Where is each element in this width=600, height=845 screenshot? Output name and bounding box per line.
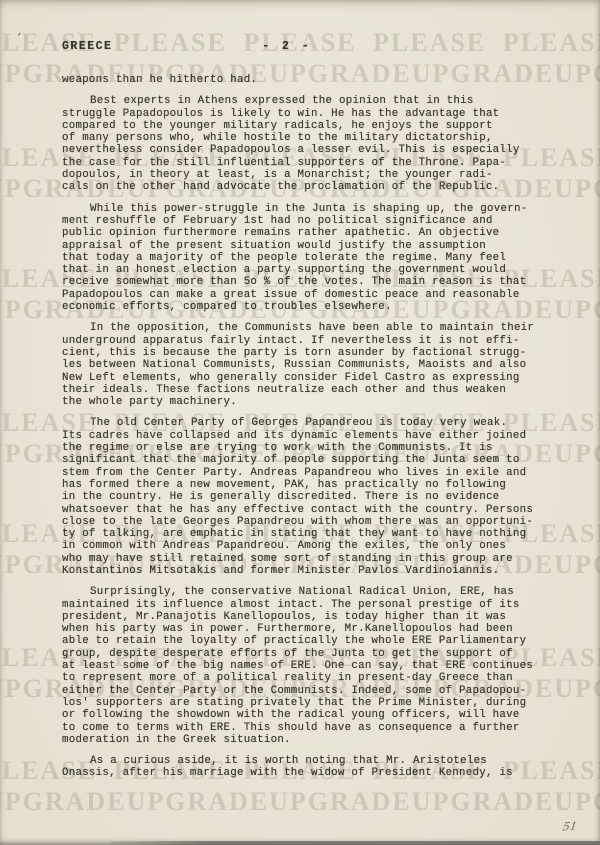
paragraph: Surprisingly, the conservative National …: [62, 586, 567, 746]
page-header: GREECE - 2 -: [0, 40, 600, 56]
paragraph: weapons than he hitherto had.: [62, 74, 567, 86]
watermark-word: UPGRADE: [412, 787, 555, 817]
watermark-word: UPGRADE: [0, 787, 127, 817]
paragraph: As a curious aside, it is worth noting t…: [62, 755, 567, 780]
paragraph: Best experts in Athens expressed the opi…: [62, 95, 567, 193]
watermark-row: UPGRADEUPGRADEUPGRADEUPGRADEUPGRADE: [0, 787, 600, 817]
page-number: - 2 -: [0, 40, 574, 53]
watermark-word: UPGRADE: [554, 787, 600, 817]
watermark-word: UPGRADE: [269, 787, 412, 817]
paragraph: While this power-struggle in the Junta i…: [62, 203, 567, 314]
handwritten-footer-mark: 51: [562, 820, 578, 834]
document-body: weapons than he hitherto had.Best expert…: [62, 74, 567, 789]
paragraph: In the opposition, the Communists have b…: [62, 322, 567, 408]
watermark-word: UPGRADE: [127, 787, 270, 817]
paragraph: The old Center Party of Georges Papandre…: [62, 417, 567, 577]
document-page: PLEASEPLEASEPLEASEPLEASEPLEASEUPGRADEUPG…: [0, 0, 600, 845]
